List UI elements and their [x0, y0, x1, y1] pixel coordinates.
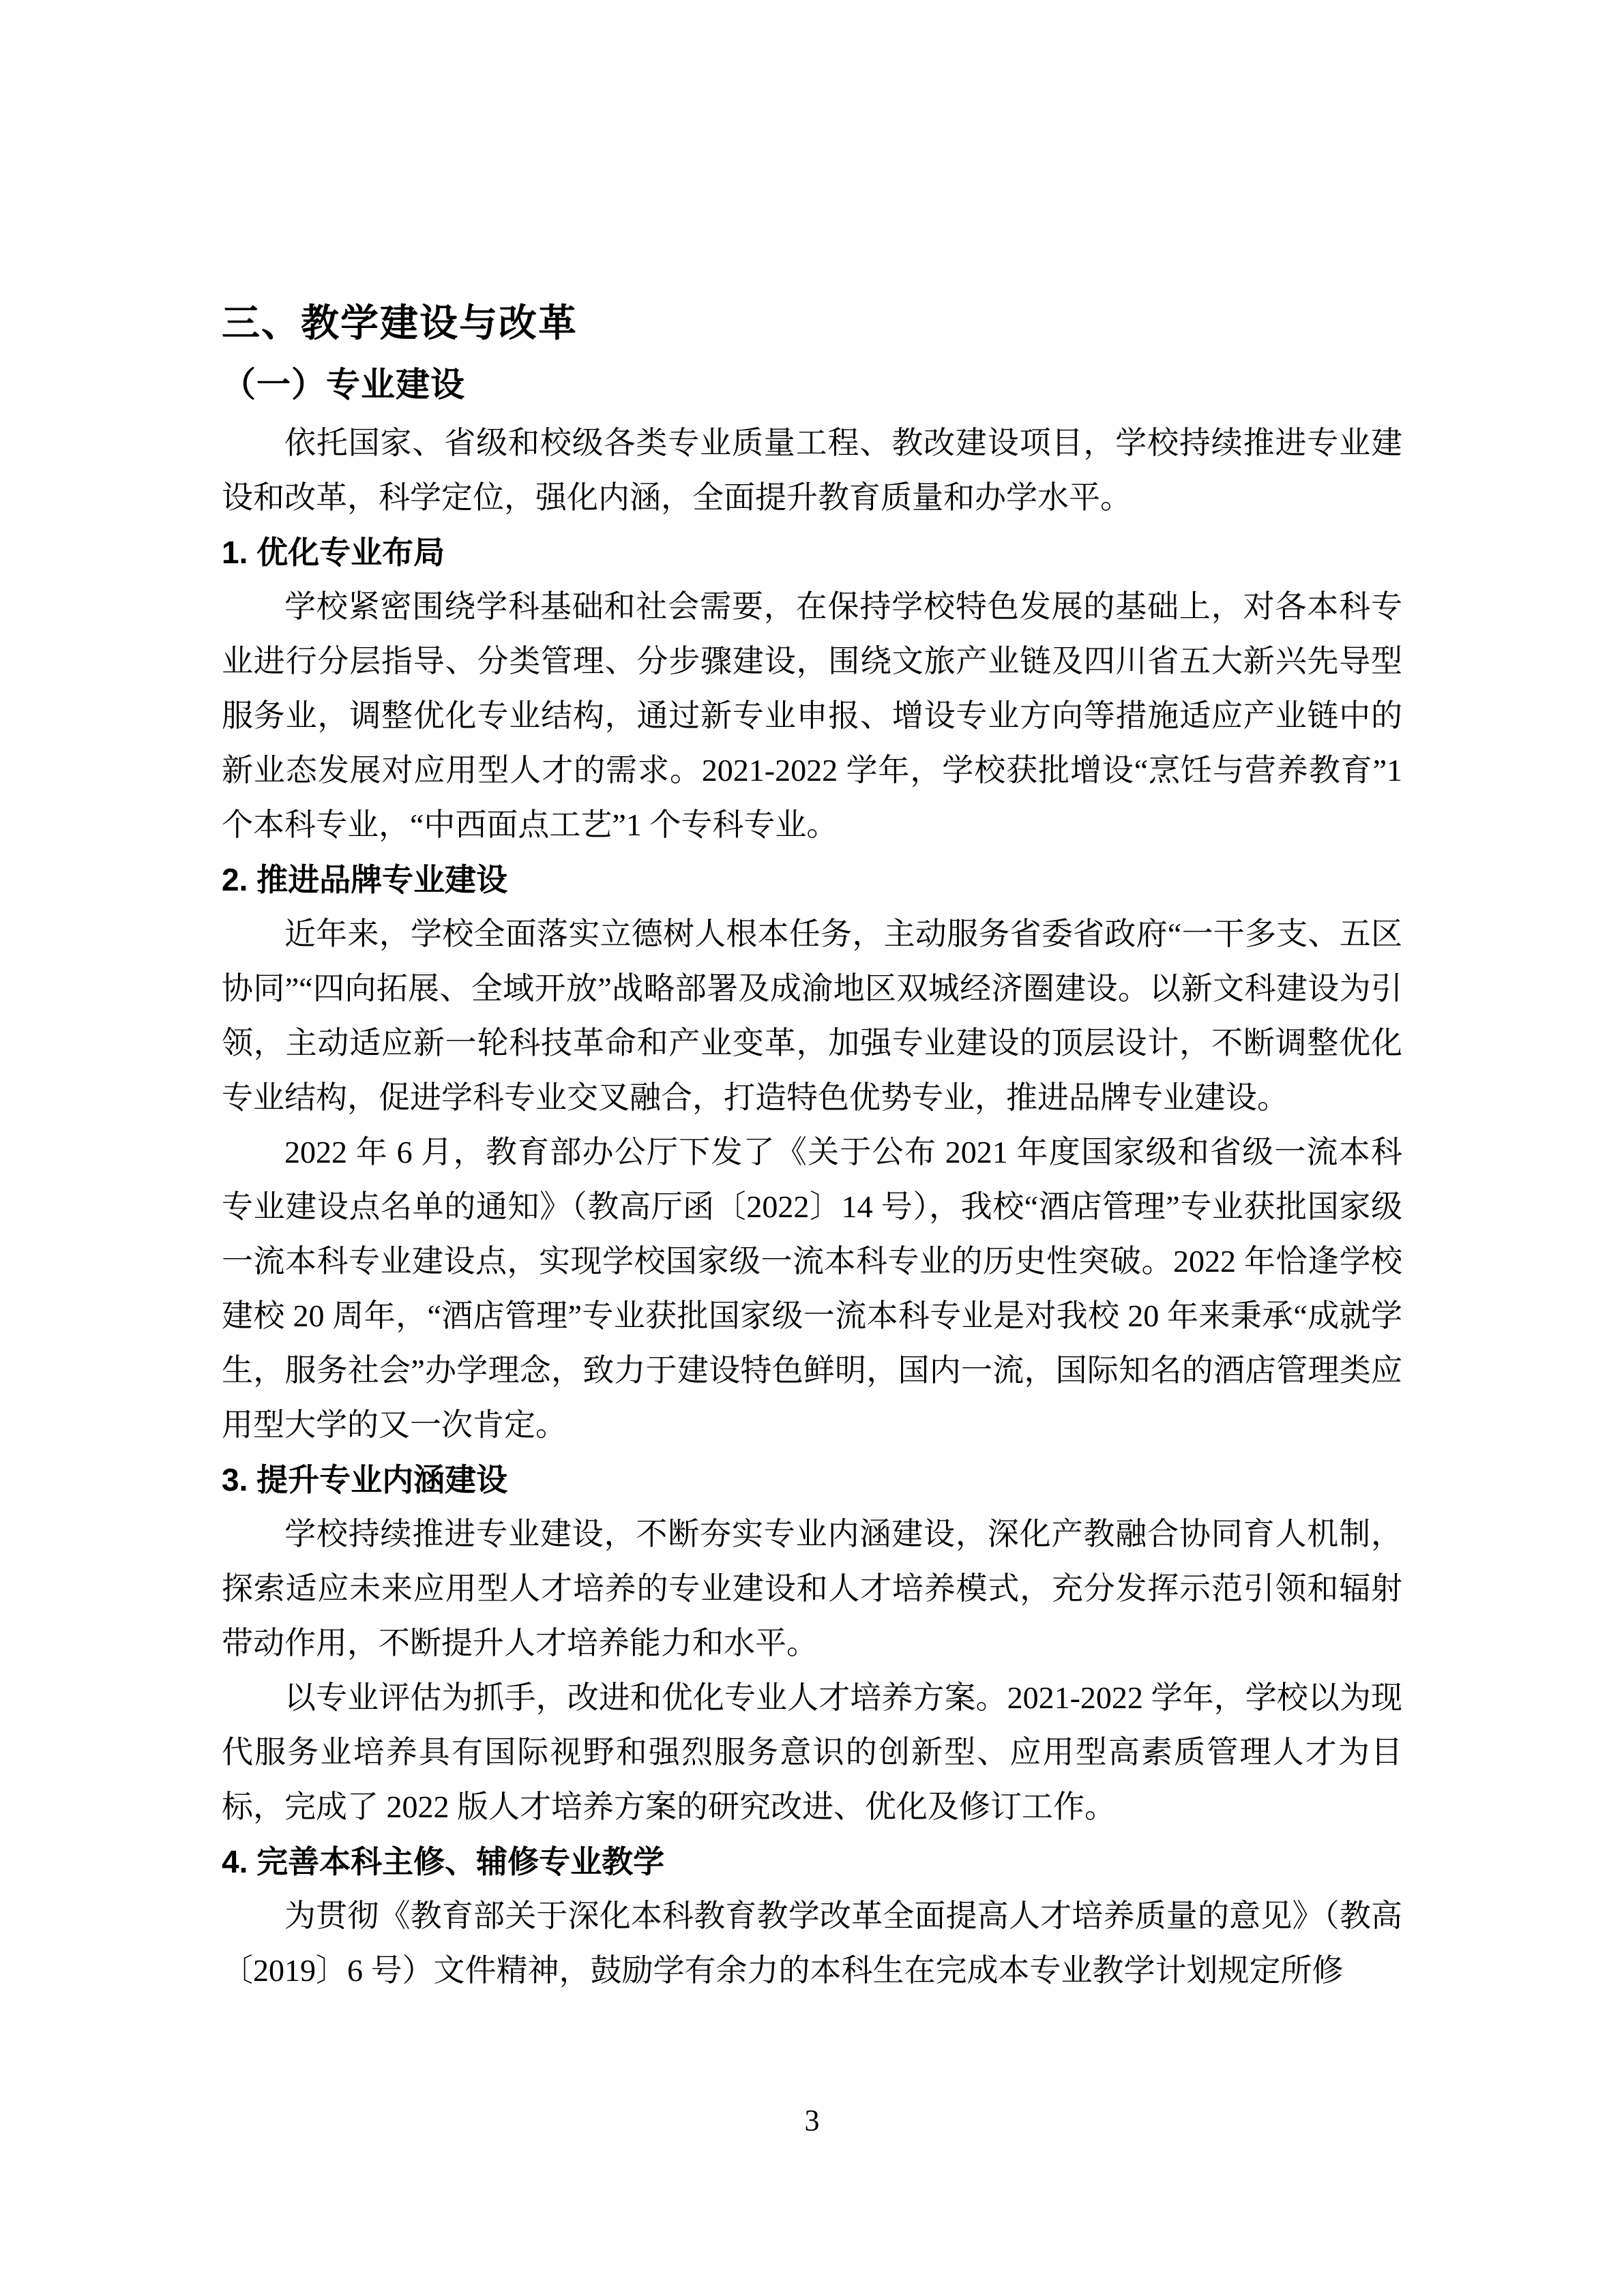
- page-number: 3: [0, 2104, 1624, 2138]
- sub-heading: （一）专业建设: [222, 353, 1402, 416]
- intro-paragraph: 依托国家、省级和校级各类专业质量工程、教改建设项目，学校持续推进专业建设和改革，…: [222, 416, 1402, 525]
- section-4-heading: 4. 完善本科主修、辅修专业教学: [222, 1834, 1402, 1889]
- document-content: 三、教学建设与改革 （一）专业建设 依托国家、省级和校级各类专业质量工程、教改建…: [222, 0, 1402, 1998]
- section-2-heading: 2. 推进品牌专业建设: [222, 852, 1402, 907]
- section-1-heading: 1. 优化专业布局: [222, 525, 1402, 580]
- document-page: 三、教学建设与改革 （一）专业建设 依托国家、省级和校级各类专业质量工程、教改建…: [0, 0, 1624, 2296]
- section-3-paragraph-1: 学校持续推进专业建设，不断夯实专业内涵建设，深化产教融合协同育人机制，探索适应未…: [222, 1507, 1402, 1671]
- section-3-paragraph-2: 以专业评估为抓手，改进和优化专业人才培养方案。2021-2022 学年，学校以为…: [222, 1671, 1402, 1834]
- section-2-paragraph-2: 2022 年 6 月，教育部办公厅下发了《关于公布 2021 年度国家级和省级一…: [222, 1125, 1402, 1452]
- section-4-paragraph: 为贯彻《教育部关于深化本科教育教学改革全面提高人才培养质量的意见》（教高〔201…: [222, 1889, 1402, 1998]
- section-1-paragraph: 学校紧密围绕学科基础和社会需要，在保持学校特色发展的基础上，对各本科专业进行分层…: [222, 580, 1402, 852]
- section-3-heading: 3. 提升专业内涵建设: [222, 1452, 1402, 1507]
- main-heading: 三、教学建设与改革: [222, 293, 1402, 353]
- section-2-paragraph-1: 近年来，学校全面落实立德树人根本任务，主动服务省委省政府“一干多支、五区协同”“…: [222, 907, 1402, 1125]
